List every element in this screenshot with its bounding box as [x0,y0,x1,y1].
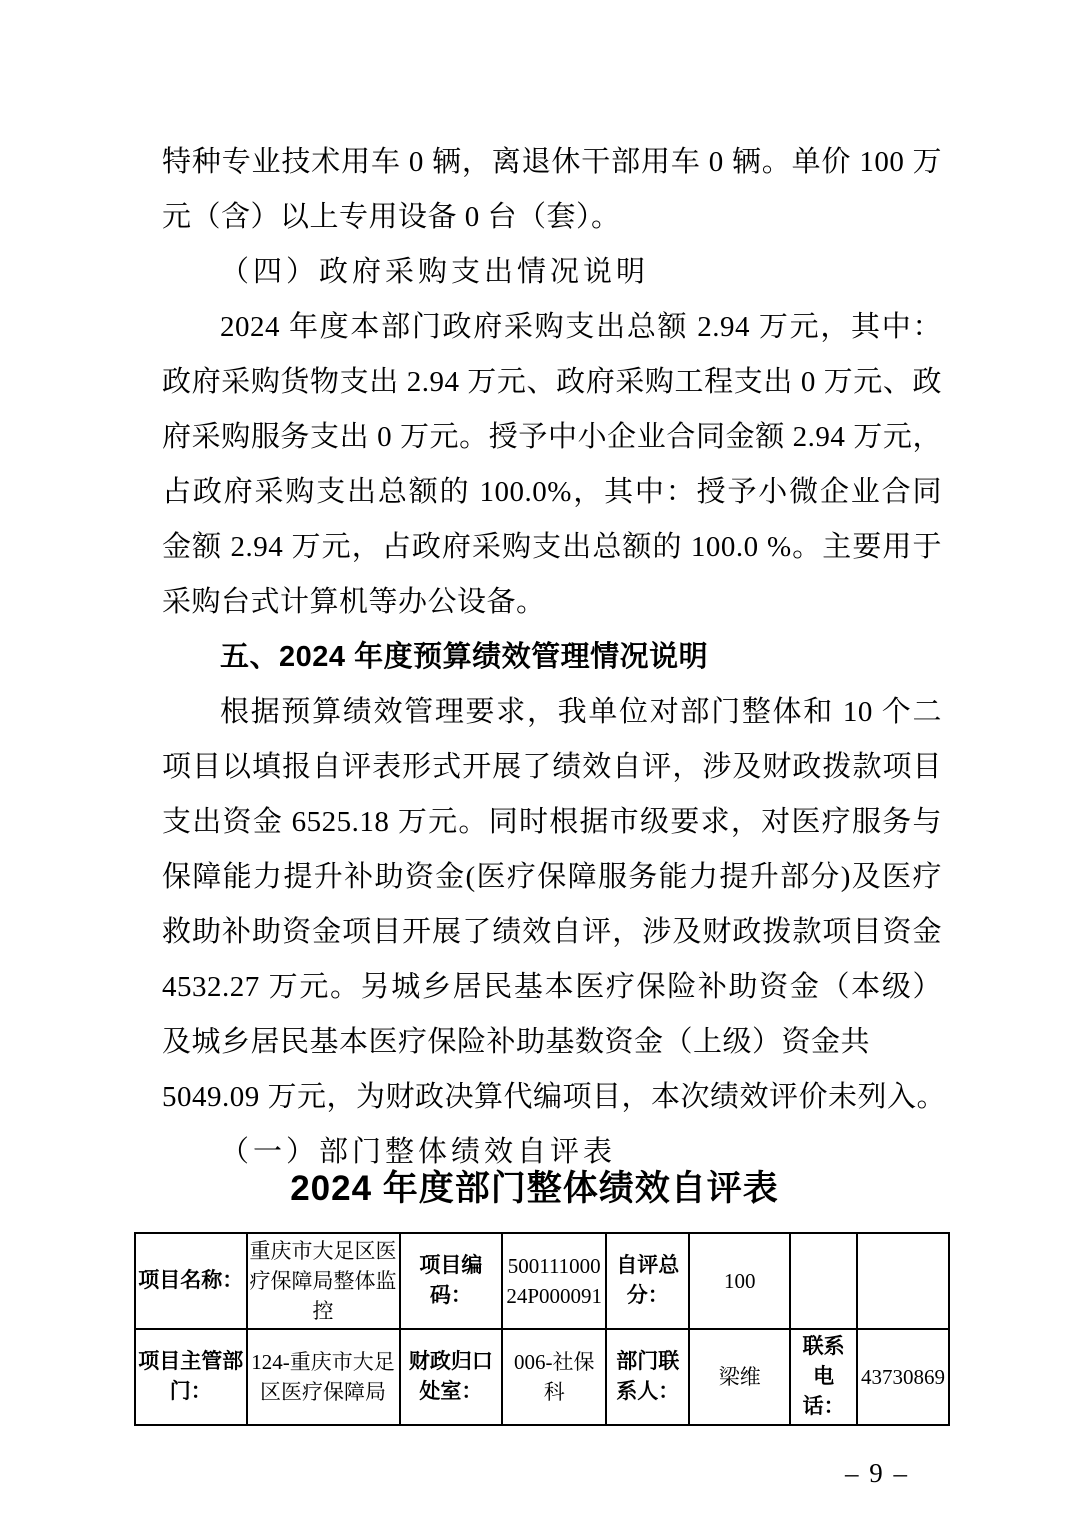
table-cell-label: 项目编码： [400,1233,503,1329]
text-line: 占政府采购支出总额的 100.0%，其中：授予小微企业合同 [162,465,942,520]
text-line: 救助补助资金项目开展了绩效自评，涉及财政拨款项目资金 [162,905,942,960]
text-line: 政府采购货物支出 2.94 万元、政府采购工程支出 0 万元、政 [162,355,942,410]
table-cell-value: 100 [689,1233,790,1329]
table-cell-value: 梁维 [689,1329,790,1425]
text-line: 五、2024 年度预算绩效管理情况说明 [162,630,942,685]
table-title: 2024 年度部门整体绩效自评表 [0,1161,1069,1211]
table-cell-value: 43730869 [857,1329,949,1425]
text-line: 及城乡居民基本医疗保险补助基数资金（上级）资金共 [162,1015,942,1070]
page-number: – 9 – [845,1458,909,1489]
text-line: 2024 年度本部门政府采购支出总额 2.94 万元，其中： [162,300,942,355]
text-line: 5049.09 万元，为财政决算代编项目，本次绩效评价未列入。 [162,1070,942,1125]
table-cell-value: 重庆市大足区医疗保障局整体监控 [247,1233,400,1329]
table-row: 项目主管部门：124-重庆市大足区医疗保障局财政归口处室：006-社保科部门联系… [135,1329,949,1425]
document-page: 特种专业技术用车 0 辆，离退休干部用车 0 辆。单价 100 万元（含）以上专… [0,0,1069,1515]
table-cell-label: 项目名称： [135,1233,247,1329]
document-body: 特种专业技术用车 0 辆，离退休干部用车 0 辆。单价 100 万元（含）以上专… [162,135,942,1180]
table-cell-value: 50011100024P000091 [502,1233,606,1329]
text-line: 金额 2.94 万元，占政府采购支出总额的 100.0 %。主要用于 [162,520,942,575]
performance-self-eval-table: 项目名称：重庆市大足区医疗保障局整体监控项目编码：50011100024P000… [134,1232,950,1426]
table-cell-label: 财政归口处室： [400,1329,503,1425]
text-line: 4532.27 万元。另城乡居民基本医疗保险补助资金（本级） [162,960,942,1015]
text-line: 采购台式计算机等办公设备。 [162,575,942,630]
table-cell-label: 项目主管部门： [135,1329,247,1425]
table-row: 项目名称：重庆市大足区医疗保障局整体监控项目编码：50011100024P000… [135,1233,949,1329]
text-line: 特种专业技术用车 0 辆，离退休干部用车 0 辆。单价 100 万 [162,135,942,190]
table-cell-value: 006-社保科 [502,1329,606,1425]
table-cell-label: 联系电话： [790,1329,857,1425]
text-line: 项目以填报自评表形式开展了绩效自评，涉及财政拨款项目 [162,740,942,795]
table-cell-value [857,1233,949,1329]
text-line: 元（含）以上专用设备 0 台（套）。 [162,190,942,245]
table-cell-label: 自评总分： [606,1233,689,1329]
text-line: 府采购服务支出 0 万元。授予中小企业合同金额 2.94 万元， [162,410,942,465]
table-cell-label [790,1233,857,1329]
table-cell-label: 部门联系人： [606,1329,689,1425]
table-cell-value: 124-重庆市大足区医疗保障局 [247,1329,400,1425]
text-line: 支出资金 6525.18 万元。同时根据市级要求，对医疗服务与 [162,795,942,850]
text-line: 根据预算绩效管理要求，我单位对部门整体和 10 个二 [162,685,942,740]
text-line: （四）政府采购支出情况说明 [162,245,942,300]
text-line: 保障能力提升补助资金(医疗保障服务能力提升部分)及医疗 [162,850,942,905]
